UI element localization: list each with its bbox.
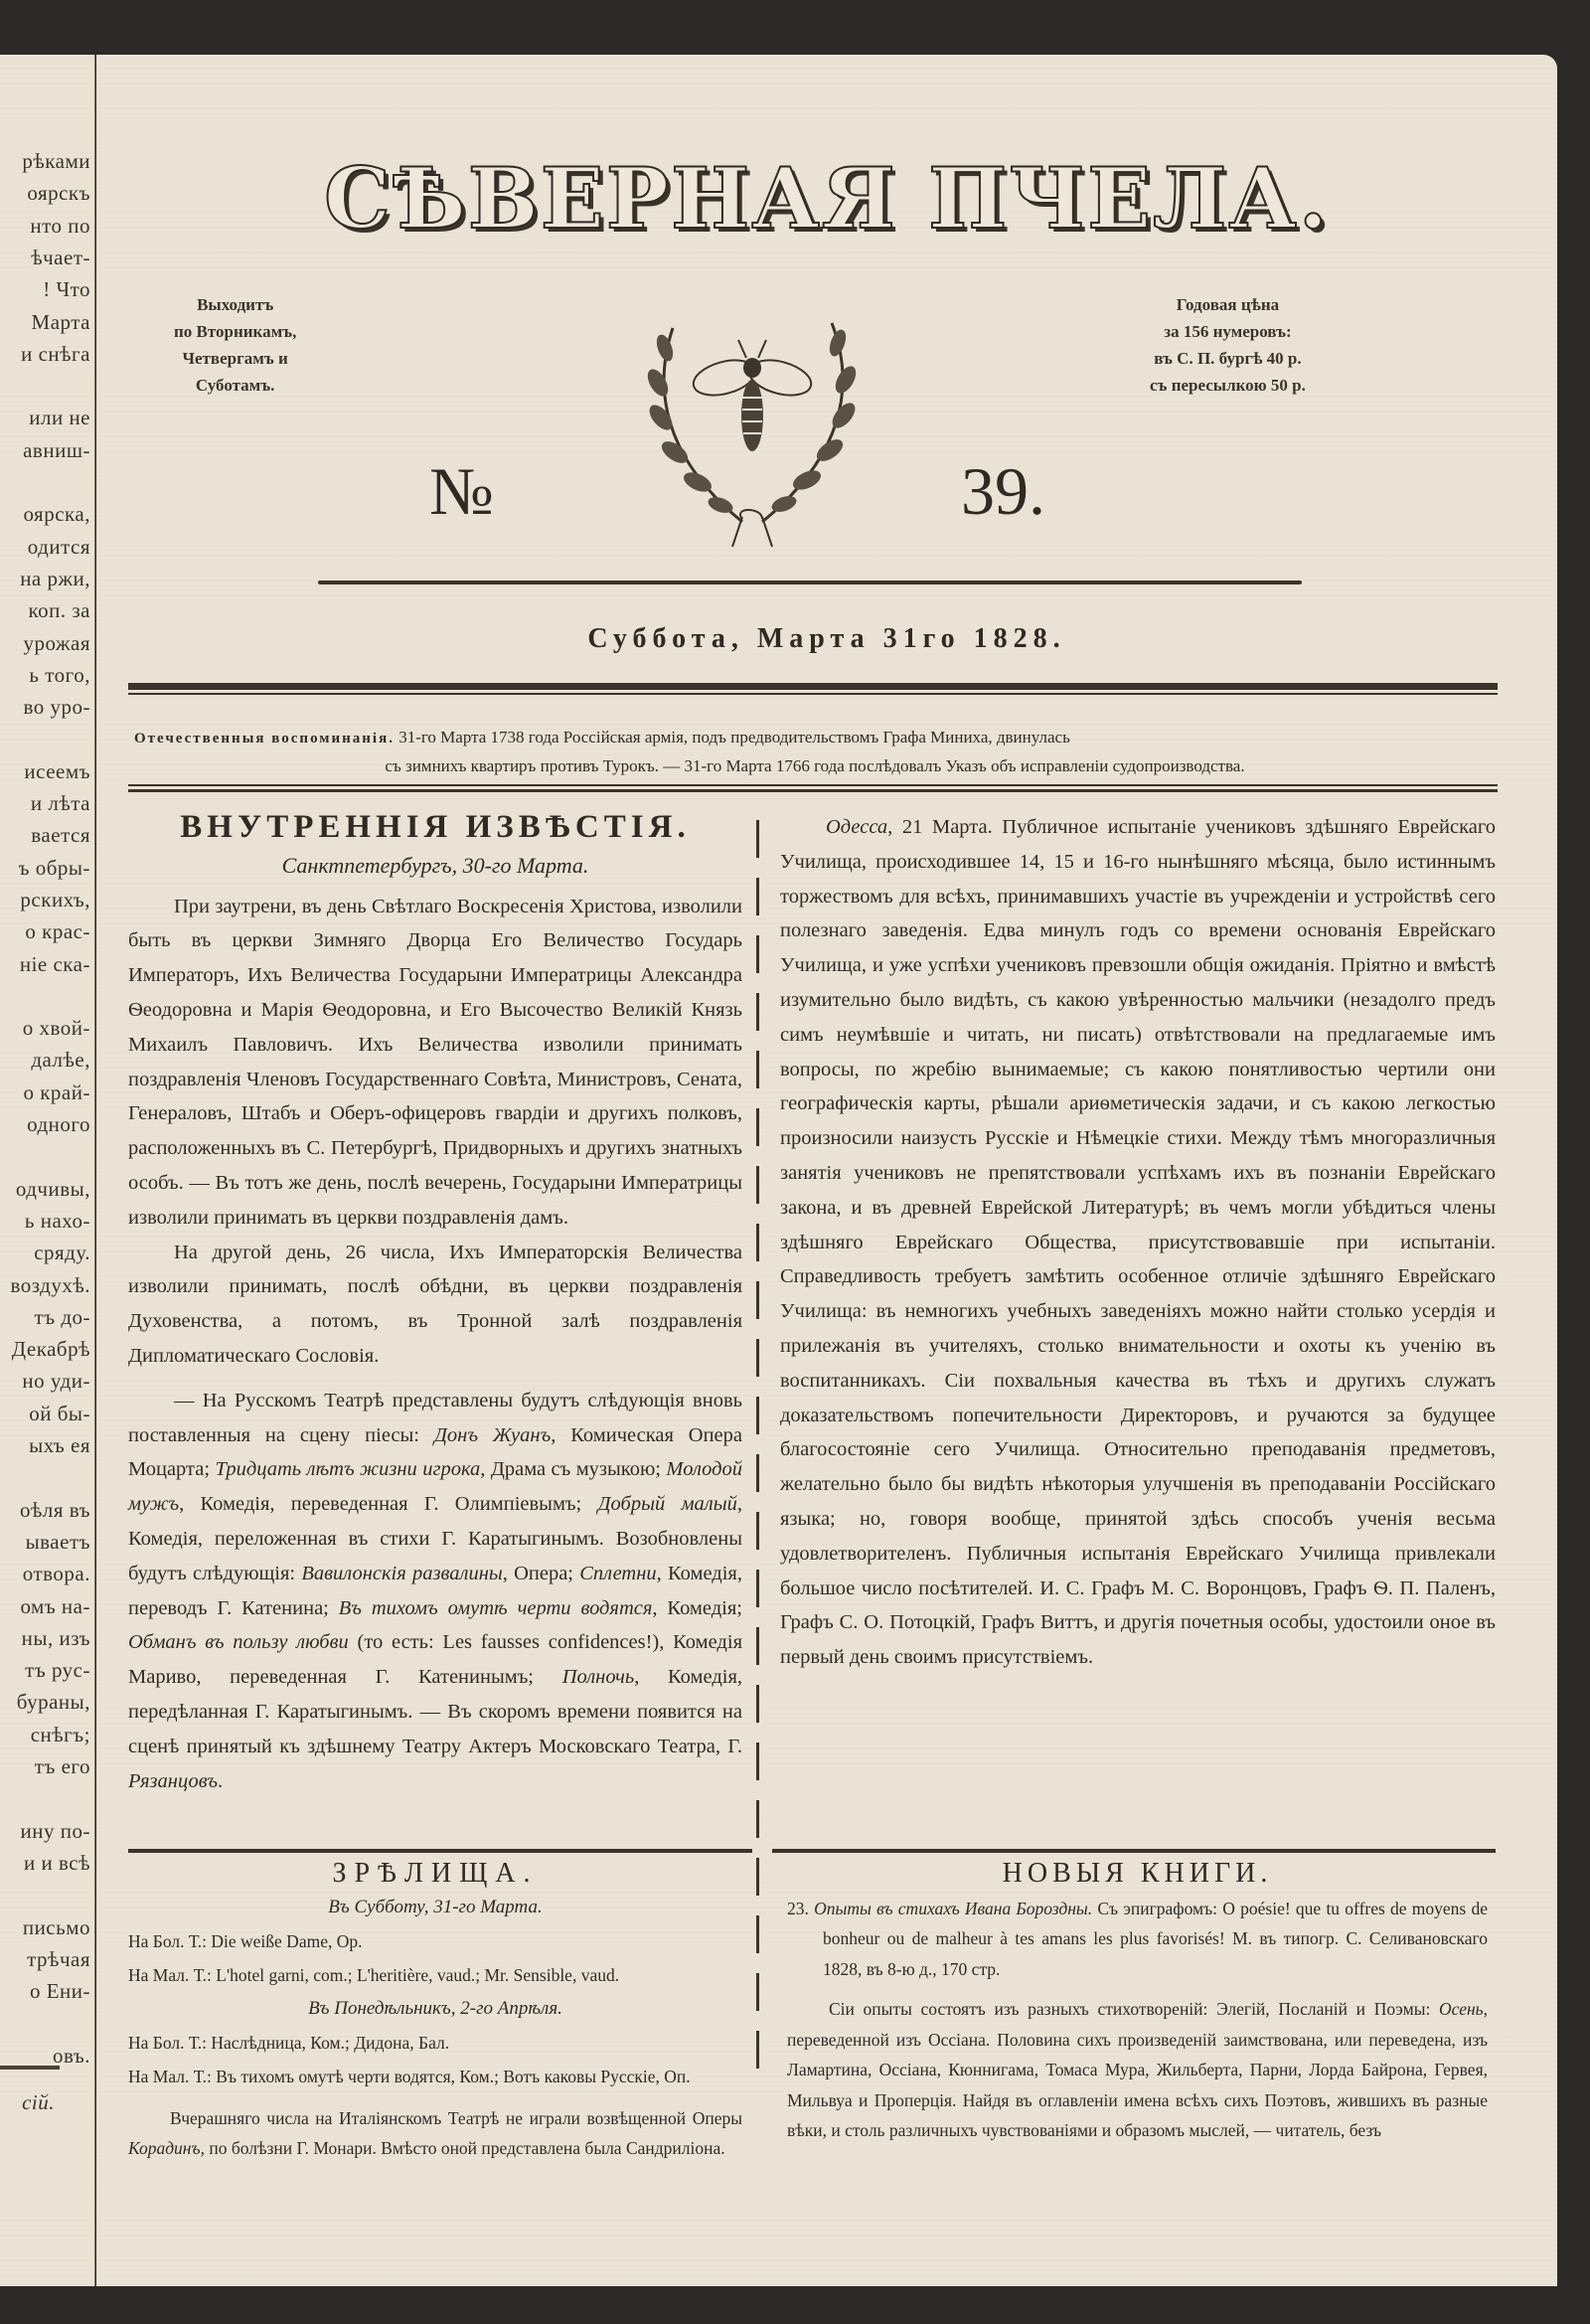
newspaper-page: СѢВЕРНАЯ ПЧЕЛА. Выходитъ по Вторникамъ, … bbox=[96, 55, 1557, 2286]
previous-page-line: тъ рус- bbox=[25, 1658, 90, 1683]
memories-lead: Отечественныя воспоминанія. bbox=[134, 731, 395, 747]
previous-page-line: ъ обры- bbox=[19, 856, 90, 881]
previous-page-line: нто по bbox=[30, 214, 90, 239]
column-divider bbox=[756, 810, 759, 2087]
previous-page-line: ой бы- bbox=[29, 1402, 90, 1426]
play-details: . bbox=[218, 1770, 223, 1792]
previous-page-line: ываетъ bbox=[26, 1530, 90, 1555]
schedule-line: Четвергамъ и bbox=[174, 345, 296, 372]
previous-page-line: тъ до- bbox=[35, 1305, 90, 1330]
previous-page-line: и снѣга bbox=[21, 342, 90, 367]
previous-page-line: одится bbox=[28, 535, 90, 560]
play-title: Обманъ въ пользу любви bbox=[128, 1631, 349, 1653]
bee-wreath-icon bbox=[613, 308, 891, 552]
previous-page-line: далѣе, bbox=[31, 1048, 90, 1073]
previous-page-edge: рѣкамиоярскънто поѣчает-! Что Мартаи снѣ… bbox=[0, 55, 95, 2286]
previous-page-line: оѣля въ bbox=[20, 1498, 90, 1523]
previous-page-line: одного bbox=[27, 1112, 90, 1137]
previous-page-line: одчивы, bbox=[16, 1177, 90, 1202]
note-text: Вчерашняго числа на Италіянскомъ Театрѣ … bbox=[170, 2108, 742, 2128]
previous-page-line: бураны, bbox=[17, 1690, 90, 1715]
odessa-text: , 21 Марта. Публичное испытаніе учеников… bbox=[780, 816, 1496, 1668]
section-title-new-books: НОВЫЯ КНИГИ. bbox=[787, 1859, 1488, 1890]
previous-page-line: тъ его bbox=[35, 1754, 90, 1779]
theatre-day-heading: Въ Субботу, 31-го Марта. bbox=[128, 1893, 742, 1922]
play-title: Въ тихомъ омутѣ черти водятся bbox=[339, 1597, 653, 1619]
previous-page-rule bbox=[0, 2066, 60, 2070]
section-title-domestic-news: ВНУТРЕННІЯ ИЗВѢСТІЯ. bbox=[128, 810, 742, 845]
issue-number-sign: № bbox=[429, 452, 494, 531]
previous-page-line: трѣчая bbox=[27, 1947, 90, 1972]
opera-title: Корадинъ bbox=[128, 2138, 201, 2158]
previous-page-line: рѣками bbox=[22, 149, 90, 174]
previous-page-line: на ржи, bbox=[20, 567, 90, 591]
patriotic-memories: Отечественныя воспоминанія. 31-го Марта … bbox=[134, 724, 1496, 779]
schedule-line: Выходитъ bbox=[174, 291, 296, 318]
previous-page-line: и и всѣ bbox=[24, 1851, 90, 1876]
previous-page-line: коп. за bbox=[29, 598, 91, 623]
section-title-theatre: ЗРѢЛИЩА. bbox=[128, 1859, 742, 1889]
previous-page-line: но уди- bbox=[22, 1369, 90, 1394]
previous-page-line: вается bbox=[31, 823, 90, 848]
domestic-news-column: ВНУТРЕННІЯ ИЗВѢСТІЯ. Санктпетербургъ, 30… bbox=[128, 810, 742, 1798]
play-details: , Опера; bbox=[503, 1563, 579, 1584]
price-line: съ пересылкою 50 р. bbox=[1150, 372, 1306, 399]
masthead-title: СѢВЕРНАЯ ПЧЕЛА. bbox=[96, 149, 1557, 248]
theatre-entry: На Бол. Т.: Наслѣдница, Ком.; Дидона, Ба… bbox=[128, 2028, 742, 2058]
previous-page-line: омъ на- bbox=[20, 1594, 90, 1619]
previous-page-line: ! Что bbox=[43, 277, 90, 302]
previous-page-line: овъ. bbox=[53, 2044, 90, 2069]
previous-page-line: о Ени- bbox=[30, 1979, 90, 2004]
memories-double-rule bbox=[128, 784, 1498, 792]
book-review: Сіи опыты состоятъ изъ разныхъ стихотвор… bbox=[787, 1994, 1488, 2146]
review-text: Сіи опыты состоятъ изъ разныхъ стихотвор… bbox=[829, 1999, 1439, 2019]
theatre-note: Вчерашняго числа на Италіянскомъ Театрѣ … bbox=[128, 2103, 742, 2163]
previous-page-line: ь нахо- bbox=[25, 1209, 90, 1234]
odessa-article: Одесса, 21 Марта. Публичное испытаніе уч… bbox=[780, 810, 1496, 1675]
previous-page-bottom-fragment: сій. bbox=[22, 2090, 55, 2115]
previous-page-line: или не bbox=[29, 406, 90, 430]
play-title: Вавилонскія развалины bbox=[301, 1563, 502, 1584]
theatre-entry: На Мал. Т.: Въ тихомъ омутѣ черти водятс… bbox=[128, 2062, 742, 2091]
schedule-line: Суботамъ. bbox=[174, 372, 296, 399]
article-paragraph: На другой день, 26 числа, Ихъ Императорс… bbox=[128, 1236, 742, 1374]
previous-page-line: и лѣта bbox=[31, 791, 90, 816]
previous-page-line: сряду. bbox=[34, 1241, 90, 1265]
previous-page-line: ны, изъ bbox=[22, 1626, 90, 1651]
schedule-line: по Вторникамъ, bbox=[174, 318, 296, 345]
previous-page-line: ѣчает- bbox=[31, 246, 90, 270]
theatre-listings: ЗРѢЛИЩА. Въ Субботу, 31-го Марта. На Бол… bbox=[128, 1859, 742, 2163]
previous-page-line: оярскъ bbox=[27, 181, 90, 206]
price-line: Годовая цѣна bbox=[1150, 291, 1306, 318]
price-line: въ С. П. бургѣ 40 р. bbox=[1150, 345, 1306, 372]
previous-page-line: снѣгъ; bbox=[31, 1723, 90, 1747]
previous-page-line: оярска, bbox=[23, 502, 90, 527]
previous-page-line: урожая bbox=[24, 631, 90, 656]
section-rule bbox=[128, 1849, 752, 1853]
previous-page-line: о край- bbox=[23, 1080, 90, 1105]
memories-text: съ зимнихъ квартиръ противъ Турокъ. — 31… bbox=[134, 752, 1496, 779]
book-title: Опыты въ стихахъ Ивана Бороздны. bbox=[814, 1899, 1092, 1918]
previous-page-line: Марта bbox=[32, 310, 90, 335]
previous-page-line: Декабрѣ bbox=[12, 1337, 90, 1362]
previous-page-line: отвора. bbox=[23, 1562, 90, 1586]
previous-page-line: ніе ска- bbox=[20, 952, 90, 977]
odessa-place: Одесса bbox=[826, 816, 887, 838]
previous-page-line: воздухѣ. bbox=[10, 1273, 90, 1298]
masthead-rule bbox=[318, 581, 1302, 584]
book-entry: 23. Опыты въ стихахъ Ивана Бороздны. Съ … bbox=[787, 1894, 1488, 1985]
memories-text: 31-го Марта 1738 года Россійская армія, … bbox=[395, 728, 1070, 747]
play-details: , Комедія, переведенная Г. Олимпіевымъ; bbox=[179, 1493, 597, 1515]
price-line: за 156 нумеровъ: bbox=[1150, 318, 1306, 345]
previous-page-line: письмо bbox=[23, 1915, 90, 1940]
play-title: Тридцать лѣтъ жизни игрока bbox=[215, 1458, 480, 1480]
previous-page-line: рскихъ, bbox=[20, 888, 90, 913]
note-text: , по болѣзни Г. Монари. Вмѣсто оной пред… bbox=[201, 2138, 725, 2158]
annual-price: Годовая цѣна за 156 нумеровъ: въ С. П. б… bbox=[1150, 291, 1306, 399]
play-title: Сплетни bbox=[579, 1563, 656, 1584]
review-text: , переведенной изъ Оссіана. Половина сих… bbox=[787, 1999, 1488, 2140]
play-details: , Комедія; bbox=[652, 1597, 742, 1619]
dateline: Санктпетербургъ, 30-го Марта. bbox=[128, 849, 742, 884]
theatre-day-heading: Въ Понедѣльникъ, 2-го Апрѣля. bbox=[128, 1994, 742, 2024]
poem-title: Осень bbox=[1439, 1999, 1484, 2019]
theatre-entry: На Бол. Т.: Die weiße Dame, Op. bbox=[128, 1926, 742, 1956]
play-title: Рязанцовъ bbox=[128, 1770, 218, 1792]
play-title: Добрый малый bbox=[597, 1493, 736, 1515]
previous-page-line: авниш- bbox=[23, 438, 90, 463]
theatre-entry: На Мал. Т.: L'hotel garni, com.; L'herit… bbox=[128, 1960, 742, 1990]
russian-theatre-paragraph: — На Русскомъ Театрѣ представлены будутъ… bbox=[128, 1384, 742, 1799]
play-title: Донъ Жуанъ bbox=[434, 1424, 551, 1446]
previous-page-line: о хвой- bbox=[23, 1016, 90, 1041]
previous-page-line: ь того, bbox=[29, 663, 90, 688]
section-rule bbox=[772, 1849, 1496, 1853]
book-number: 23. bbox=[787, 1899, 809, 1918]
article-paragraph: При заутрени, въ день Свѣтлаго Воскресен… bbox=[128, 890, 742, 1236]
publication-schedule: Выходитъ по Вторникамъ, Четвергамъ и Суб… bbox=[174, 291, 296, 399]
odessa-news-column: Одесса, 21 Марта. Публичное испытаніе уч… bbox=[780, 810, 1496, 1675]
top-double-rule bbox=[128, 683, 1498, 695]
previous-page-line: ыхъ ея bbox=[29, 1433, 90, 1458]
new-books: НОВЫЯ КНИГИ. 23. Опыты въ стихахъ Ивана … bbox=[787, 1859, 1488, 2146]
play-title: Полночь bbox=[562, 1666, 634, 1688]
play-details: , Драма съ музыкою; bbox=[480, 1458, 666, 1480]
issue-number: 39. bbox=[961, 452, 1045, 531]
issue-date: Суббота, Марта 31го 1828. bbox=[96, 623, 1557, 655]
previous-page-line: исеемъ bbox=[24, 759, 90, 784]
previous-page-line: ину по- bbox=[21, 1819, 90, 1844]
previous-page-line: о крас- bbox=[25, 919, 90, 944]
previous-page-line: во уро- bbox=[23, 695, 90, 720]
